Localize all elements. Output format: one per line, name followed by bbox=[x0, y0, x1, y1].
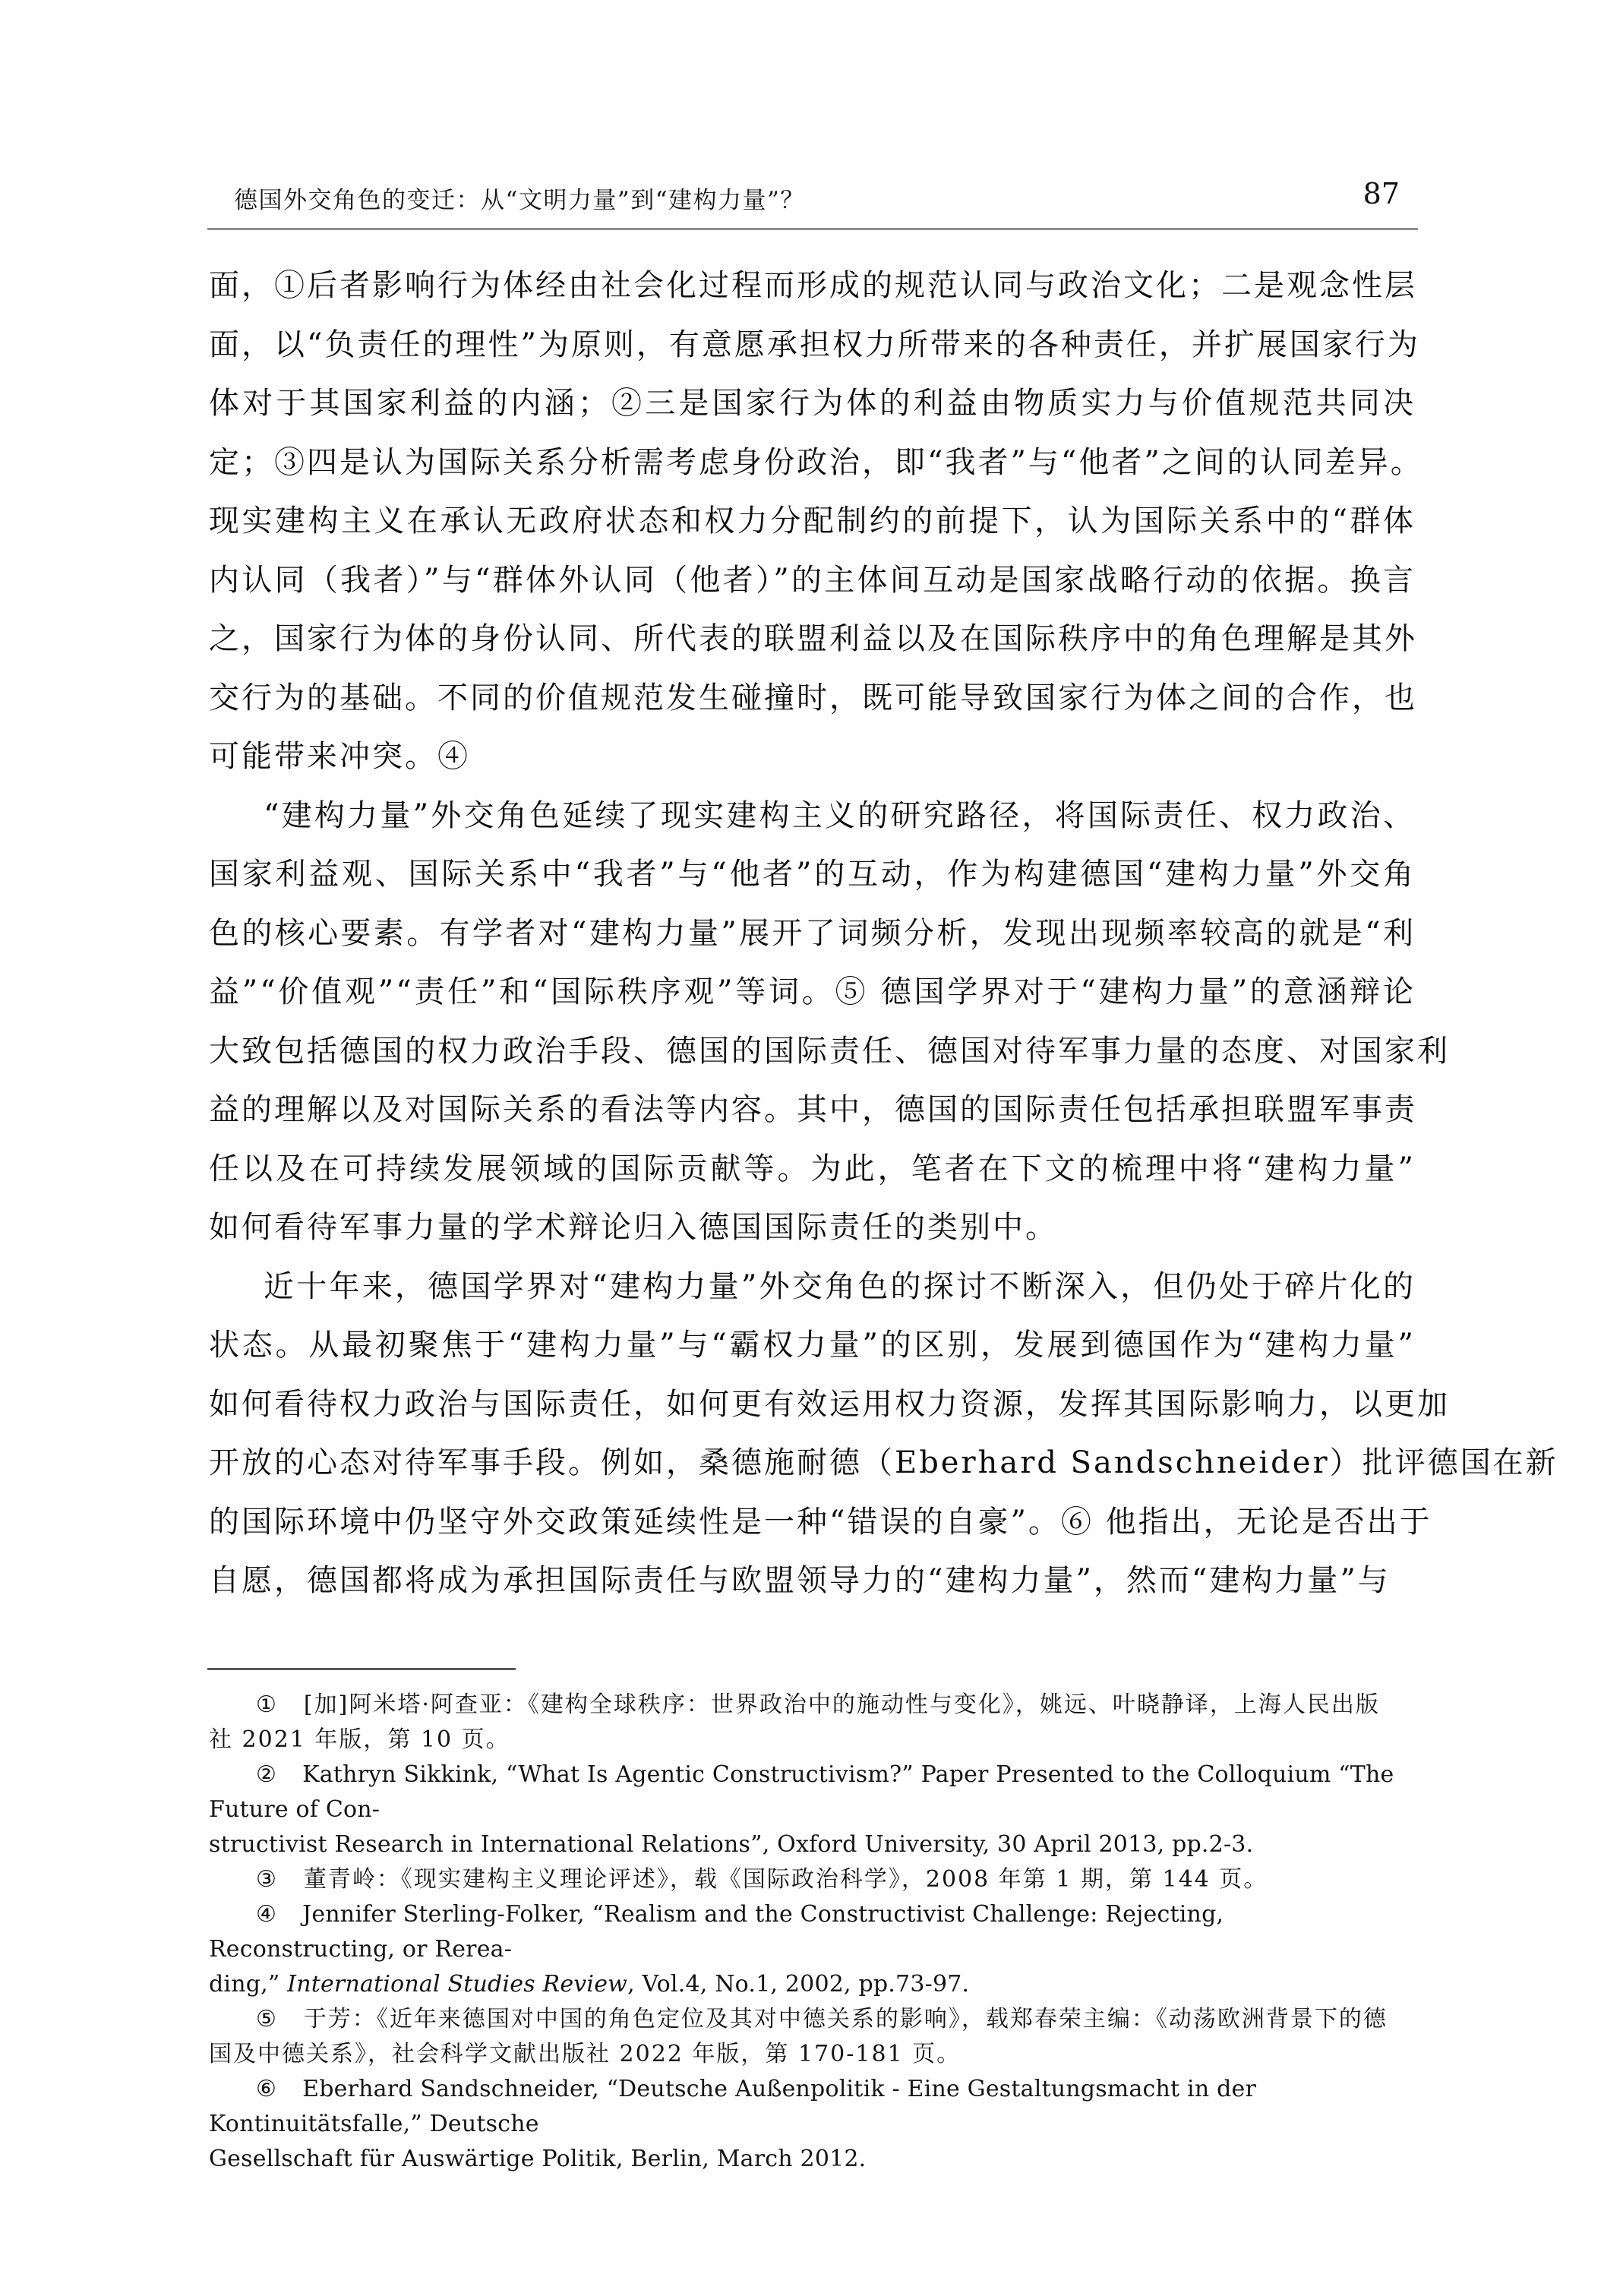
body-line: 定；③四是认为国际关系分析需考虑身份政治，即“我者”与“他者”之间的认同差异。 bbox=[209, 434, 1416, 493]
body-line: 交行为的基础。不同的价值规范发生碰撞时，既可能导致国家行为体之间的合作，也 bbox=[209, 669, 1416, 728]
journal-page: 德国外交角色的变迁：从“文明力量”到“建构力量”？ 87 面，①后者影响行为体经… bbox=[0, 0, 1623, 2296]
footnote-separator bbox=[207, 1668, 516, 1670]
body-line: 可能带来冲突。④ bbox=[209, 728, 1416, 787]
footnote-6-marker: ⑥ bbox=[256, 2076, 276, 2102]
footnote-4-line-1: ④Jennifer Sterling-Folker, “Realism and … bbox=[209, 1897, 1416, 1967]
body-line: 自愿，德国都将成为承担国际责任与欧盟领导力的“建构力量”，然而“建构力量”与 bbox=[209, 1552, 1416, 1611]
body-line: 体对于其国家利益的内涵；②三是国家行为体的利益由物质实力与价值规范共同决 bbox=[209, 374, 1416, 434]
footnote-2-marker: ② bbox=[256, 1761, 276, 1788]
body-line: 的国际环境中仍坚守外交政策延续性是一种“错误的自豪”。⑥ 他指出，无论是否出于 bbox=[209, 1493, 1416, 1552]
body-line: 近十年来，德国学界对“建构力量”外交角色的探讨不断深入，但仍处于碎片化的 bbox=[209, 1258, 1416, 1317]
footnote-5-line-1: ⑤于芳：《近年来德国对中国的角色定位及其对中德关系的影响》，载郑春荣主编：《动荡… bbox=[209, 2002, 1416, 2037]
body-line: 大致包括德国的权力政治手段、德国的国际责任、德国对待军事力量的态度、对国家利 bbox=[209, 1022, 1416, 1082]
footnote-5-marker: ⑤ bbox=[256, 2006, 278, 2032]
footnote-2-line-2: structivist Research in International Re… bbox=[209, 1827, 1416, 1862]
footnote-text: ding,” bbox=[209, 1971, 287, 1998]
footnote-3-line-1: ③董青岭：《现实建构主义理论评述》，载《国际政治科学》，2008 年第 1 期，… bbox=[209, 1862, 1416, 1897]
page-number: 87 bbox=[1363, 177, 1400, 210]
footnote-1-line-2: 社 2021 年版，第 10 页。 bbox=[209, 1723, 1416, 1758]
body-line: 益”“价值观”“责任”和“国际秩序观”等词。⑤ 德国学界对于“建构力量”的意涵辩… bbox=[209, 963, 1416, 1022]
footnote-6-line-1: ⑥Eberhard Sandschneider, “Deutsche Außen… bbox=[209, 2072, 1416, 2142]
footnote-text: Jennifer Sterling-Folker, “Realism and t… bbox=[209, 1901, 1224, 1963]
body-line: 如何看待军事力量的学术辩论归入德国国际责任的类别中。 bbox=[209, 1199, 1416, 1258]
body-line: 现实建构主义在承认无政府状态和权力分配制约的前提下，认为国际关系中的“群体 bbox=[209, 492, 1416, 551]
footnote-text: Eberhard Sandschneider, “Deutsche Außenp… bbox=[209, 2076, 1256, 2137]
body-line: 状态。从最初聚焦于“建构力量”与“霸权力量”的区别，发展到德国作为“建构力量” bbox=[209, 1316, 1416, 1375]
body-line: 如何看待权力政治与国际责任，如何更有效运用权力资源，发挥其国际影响力，以更加 bbox=[209, 1375, 1416, 1435]
footnote-text: , Vol.4, No.1, 2002, pp.73-97. bbox=[627, 1971, 969, 1998]
footnote-text: 董青岭：《现实建构主义理论评述》，载《国际政治科学》，2008 年第 1 期，第… bbox=[304, 1866, 1268, 1893]
footnote-1-line-1: ①[加]阿米塔·阿查亚：《建构全球秩序：世界政治中的施动性与变化》，姚远、叶晓静… bbox=[209, 1688, 1416, 1723]
article-body: 面，①后者影响行为体经由社会化过程而形成的规范认同与政治文化；二是观念性层 面，… bbox=[209, 257, 1416, 1611]
body-line: 开放的心态对待军事手段。例如，桑德施耐德（Eberhard Sandschnei… bbox=[209, 1434, 1416, 1493]
footnote-4-line-2: ding,” International Studies Review, Vol… bbox=[209, 1967, 1416, 2002]
footnote-6-line-2: Gesellschaft für Auswärtige Politik, Ber… bbox=[209, 2142, 1416, 2177]
body-line: 之，国家行为体的身份认同、所代表的联盟利益以及在国际秩序中的角色理解是其外 bbox=[209, 610, 1416, 669]
footnote-3-marker: ③ bbox=[256, 1866, 278, 1893]
footnote-1-marker: ① bbox=[256, 1691, 278, 1718]
header-rule bbox=[207, 228, 1418, 230]
body-line: 面，以“负责任的理性”为原则，有意愿承担权力所带来的各种责任，并扩展国家行为 bbox=[209, 316, 1416, 375]
body-line: 任以及在可持续发展领域的国际贡献等。为此，笔者在下文的梳理中将“建构力量” bbox=[209, 1140, 1416, 1199]
footnote-5-line-2: 国及中德关系》，社会科学文献出版社 2022 年版，第 170-181 页。 bbox=[209, 2037, 1416, 2072]
body-line: “建构力量”外交角色延续了现实建构主义的研究路径，将国际责任、权力政治、 bbox=[209, 787, 1416, 846]
body-line: 面，①后者影响行为体经由社会化过程而形成的规范认同与政治文化；二是观念性层 bbox=[209, 257, 1416, 316]
footnote-text: [加]阿米塔·阿查亚：《建构全球秩序：世界政治中的施动性与变化》，姚远、叶晓静译… bbox=[304, 1691, 1380, 1718]
footnotes: ①[加]阿米塔·阿查亚：《建构全球秩序：世界政治中的施动性与变化》，姚远、叶晓静… bbox=[209, 1688, 1416, 2177]
footnote-text: Kathryn Sikkink, “What Is Agentic Constr… bbox=[209, 1761, 1394, 1823]
footnote-text: 于芳：《近年来德国对中国的角色定位及其对中德关系的影响》，载郑春荣主编：《动荡欧… bbox=[304, 2006, 1388, 2032]
footnote-4-marker: ④ bbox=[256, 1901, 276, 1928]
body-line: 益的理解以及对国际关系的看法等内容。其中，德国的国际责任包括承担联盟军事责 bbox=[209, 1081, 1416, 1140]
footnote-2-line-1: ②Kathryn Sikkink, “What Is Agentic Const… bbox=[209, 1758, 1416, 1827]
body-line: 内认同（我者）”与“群体外认同（他者）”的主体间互动是国家战略行动的依据。换言 bbox=[209, 551, 1416, 611]
body-line: 色的核心要素。有学者对“建构力量”展开了词频分析，发现出现频率较高的就是“利 bbox=[209, 905, 1416, 964]
running-title: 德国外交角色的变迁：从“文明力量”到“建构力量”？ bbox=[234, 181, 805, 215]
journal-name-italic: International Studies Review bbox=[287, 1971, 627, 1998]
body-line: 国家利益观、国际关系中“我者”与“他者”的互动，作为构建德国“建构力量”外交角 bbox=[209, 845, 1416, 905]
